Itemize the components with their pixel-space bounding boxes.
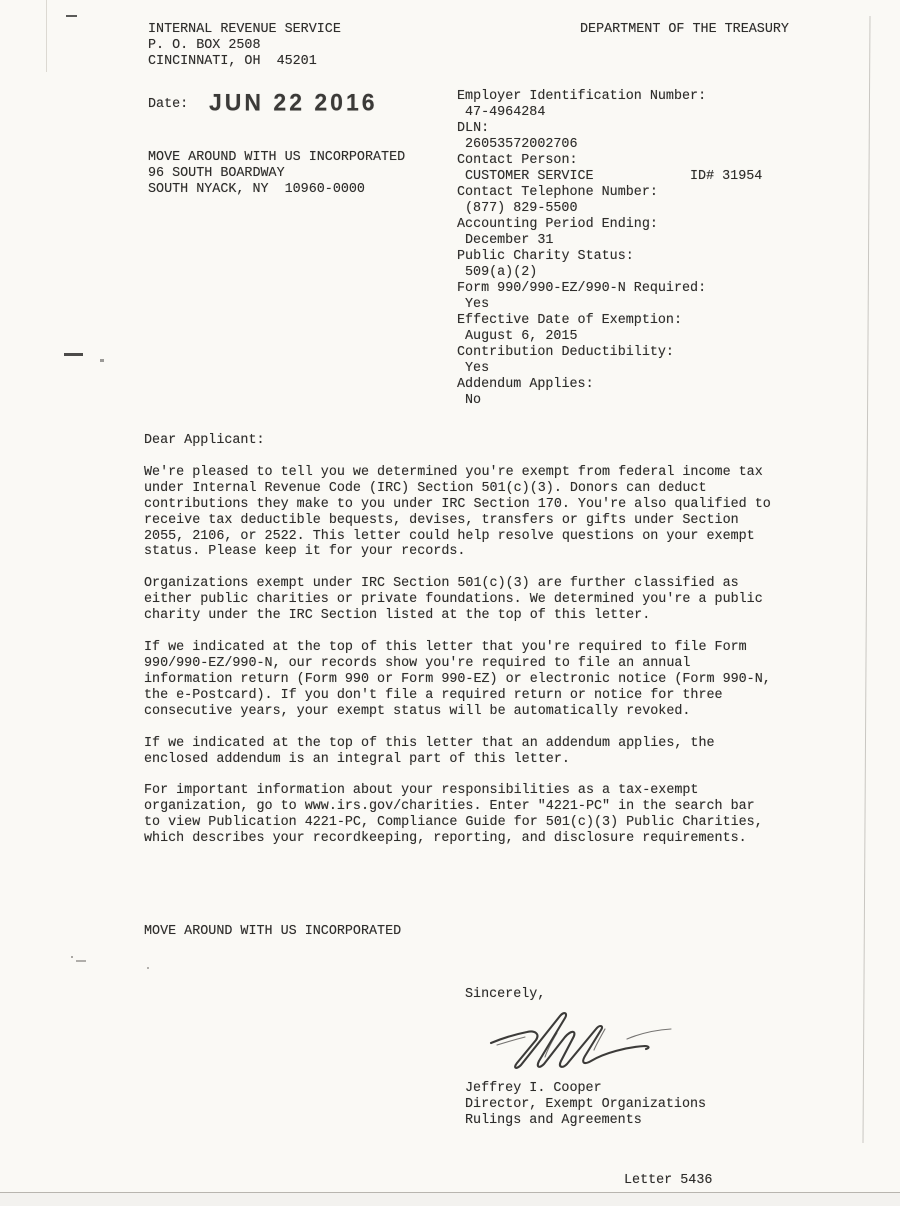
- detail-label-public-charity-status: Public Charity Status:: [457, 249, 706, 265]
- detail-value-contribution-deductibility: Yes: [457, 361, 706, 377]
- detail-label-ein: Employer Identification Number:: [457, 89, 706, 105]
- detail-label-contact-person: Contact Person:: [457, 153, 706, 169]
- letter-details: Employer Identification Number: 47-49642…: [457, 89, 706, 409]
- sender-address: INTERNAL REVENUE SERVICE P. O. BOX 2508 …: [148, 22, 341, 70]
- sender-address-line: P. O. BOX 2508: [148, 38, 341, 54]
- recipient-address: MOVE AROUND WITH US INCORPORATED 96 SOUT…: [148, 150, 405, 198]
- detail-label-contact-phone: Contact Telephone Number:: [457, 185, 706, 201]
- detail-value-addendum-applies: No: [457, 393, 706, 409]
- detail-label-dln: DLN:: [457, 121, 706, 137]
- recipient-org-name: MOVE AROUND WITH US INCORPORATED: [148, 150, 405, 166]
- org-name-footer: MOVE AROUND WITH US INCORPORATED: [144, 924, 401, 940]
- contact-person-value: CUSTOMER SERVICE: [465, 169, 594, 184]
- recipient-street: 96 SOUTH BOARDWAY: [148, 166, 405, 182]
- signer-name: Jeffrey I. Cooper: [465, 1081, 706, 1097]
- signer-unit: Rulings and Agreements: [465, 1113, 706, 1129]
- salutation: Dear Applicant:: [144, 433, 771, 449]
- detail-label-contribution-deductibility: Contribution Deductibility:: [457, 345, 706, 361]
- body-paragraph-2: Organizations exempt under IRC Section 5…: [144, 576, 771, 624]
- letter-body: Dear Applicant: We're pleased to tell yo…: [144, 433, 771, 863]
- detail-value-public-charity-status: 509(a)(2): [457, 265, 706, 281]
- scan-artifact-dot: [71, 956, 73, 958]
- department-of-treasury: DEPARTMENT OF THE TREASURY: [580, 22, 789, 38]
- detail-label-effective-date: Effective Date of Exemption:: [457, 313, 706, 329]
- letter-number: Letter 5436: [624, 1173, 712, 1189]
- detail-value-form-990-required: Yes: [457, 297, 706, 313]
- signer-block: Jeffrey I. Cooper Director, Exempt Organ…: [465, 1081, 706, 1129]
- body-paragraph-5: For important information about your res…: [144, 783, 771, 847]
- detail-value-contact-person: CUSTOMER SERVICEID# 31954: [457, 169, 706, 185]
- signer-title: Director, Exempt Organizations: [465, 1097, 706, 1113]
- sender-address-line: CINCINNATI, OH 45201: [148, 54, 341, 70]
- scan-artifact-dash: [64, 353, 83, 356]
- scanned-letter-page: INTERNAL REVENUE SERVICE P. O. BOX 2508 …: [0, 0, 900, 1206]
- detail-value-dln: 26053572002706: [457, 137, 706, 153]
- detail-value-accounting-period: December 31: [457, 233, 706, 249]
- body-paragraph-1: We're pleased to tell you we determined …: [144, 465, 771, 560]
- scan-artifact-dot: [100, 359, 104, 362]
- detail-label-accounting-period: Accounting Period Ending:: [457, 217, 706, 233]
- sender-address-line: INTERNAL REVENUE SERVICE: [148, 22, 341, 38]
- detail-value-ein: 47-4964284: [457, 105, 706, 121]
- contact-id-number: ID# 31954: [690, 169, 762, 185]
- date-label: Date:: [148, 97, 188, 113]
- scan-artifact-dash: [76, 960, 86, 962]
- detail-value-contact-phone: (877) 829-5500: [457, 201, 706, 217]
- date-stamp: JUN 22 2016: [209, 88, 378, 116]
- signature-image: [487, 995, 679, 1069]
- detail-value-effective-date: August 6, 2015: [457, 329, 706, 345]
- recipient-city-state-zip: SOUTH NYACK, NY 10960-0000: [148, 182, 405, 198]
- scan-artifact-edge-line: [46, 0, 47, 72]
- scan-artifact-page-edge: [0, 1192, 900, 1193]
- body-paragraph-3: If we indicated at the top of this lette…: [144, 640, 771, 720]
- detail-label-form-990-required: Form 990/990-EZ/990-N Required:: [457, 281, 706, 297]
- scan-artifact-dash: [66, 15, 77, 17]
- scan-artifact-dot: [147, 967, 149, 969]
- body-paragraph-4: If we indicated at the top of this lette…: [144, 736, 771, 768]
- detail-label-addendum-applies: Addendum Applies:: [457, 377, 706, 393]
- scan-artifact-page-margin: [0, 1193, 900, 1206]
